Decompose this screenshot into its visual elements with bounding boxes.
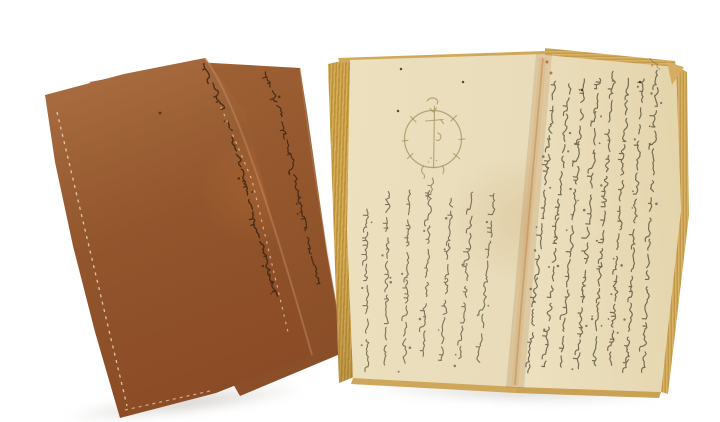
handwriting-overlay <box>0 0 720 422</box>
photo-scene <box>0 0 720 422</box>
